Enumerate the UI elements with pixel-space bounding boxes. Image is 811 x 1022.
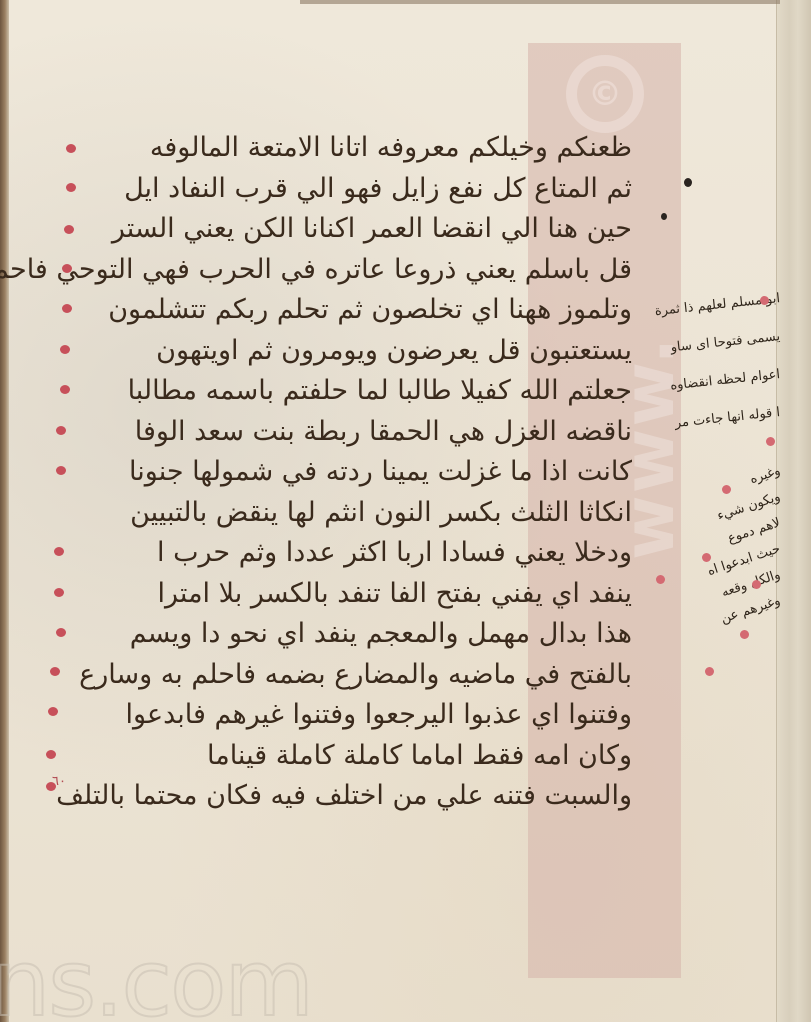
rubric-dot (722, 485, 731, 494)
text-line: ودخلا يعني فسادا اربا اكثر عددا وثم حرب … (52, 533, 632, 574)
text-line: وكان امه فقط اماما كاملة كاملة قيناما (52, 736, 632, 777)
marginal-notes: ابو مسلم لعلهم ذا ثمرة يسمى فتوحا اى ساو… (640, 290, 780, 610)
folio-marker: ٦٠ (52, 762, 66, 802)
text-line: انكاثا الثلث بكسر النون انثم لها ينقض با… (52, 493, 632, 534)
rubric-dot (54, 547, 64, 556)
margin-line: اعوام لحظه انقضاوه (640, 366, 781, 399)
text-line: حين هنا الي انقضا العمر اكنانا الكن يعني… (52, 209, 632, 250)
rubric-dot (56, 466, 66, 475)
rubric-dot (60, 345, 70, 354)
rubric-dot (705, 667, 714, 676)
rubric-dot (56, 628, 66, 637)
rubric-dot (752, 580, 761, 589)
rubric-dot (766, 437, 775, 446)
page-hole (684, 178, 692, 187)
main-text-block: ظعنكم وخيلكم معروفه اتانا الامتعة المالو… (52, 128, 632, 817)
rubric-dot (62, 304, 72, 313)
margin-line: ابو مسلم لعلهم ذا ثمرة (640, 290, 781, 323)
rubric-dot (56, 426, 66, 435)
text-line: بالفتح في ماضيه والمضارع بضمه فاحلم به و… (52, 655, 632, 696)
text-line: وفتنوا اي عذبوا اليرجعوا وفتنوا غيرهم فا… (52, 695, 632, 736)
rubric-dot (656, 575, 665, 584)
text-line: ظعنكم وخيلكم معروفه اتانا الامتعة المالو… (52, 128, 632, 169)
rubric-dot (64, 225, 74, 234)
text-line: قل باسلم يعني ذروعا عاتره في الحرب فهي ا… (52, 250, 632, 291)
right-page-stack-edge (776, 0, 811, 1022)
text-line: والسبت فتنه علي من اختلف فيه فكان محتما … (52, 776, 632, 817)
watermark-bottom-text: ns.com (0, 938, 312, 1022)
rubric-dot (62, 264, 72, 273)
left-binding-edge (0, 0, 9, 1022)
text-line: وتلموز ههنا اي تخلصون ثم تحلم ربكم تتشلم… (52, 290, 632, 331)
text-line: يستعتبون قل يعرضون ويومرون ثم اويتهون (52, 331, 632, 372)
copyright-icon: © (566, 55, 644, 133)
rubric-dot (46, 750, 56, 759)
rubric-dot (760, 296, 769, 305)
manuscript-page: © www. ns.com ظعنكم وخيلكم معروفه اتانا … (0, 0, 811, 1022)
rubric-dot (50, 667, 60, 676)
text-line: كانت اذا ما غزلت يمينا ردته في شمولها جن… (52, 452, 632, 493)
text-line: ثم المتاع كل نفع زايل فهو الي قرب النفاد… (52, 169, 632, 210)
rubric-dot (48, 707, 58, 716)
rubric-dot (66, 144, 76, 153)
rubric-dot (66, 183, 76, 192)
margin-line: يسمى فتوحا اى ساو (640, 328, 781, 361)
text-line: ناقضه الغزل هي الحمقا ربطة بنت سعد الوفا (52, 412, 632, 453)
page-hole (661, 213, 667, 220)
rubric-dot (54, 588, 64, 597)
text-line: هذا بدال مهمل والمعجم ينفد اي نحو دا ويس… (52, 614, 632, 655)
top-cover-edge (300, 0, 780, 4)
rubric-dot (60, 385, 70, 394)
rubric-dot (740, 630, 749, 639)
rubric-dot (702, 553, 711, 562)
text-line: جعلتم الله كفيلا طالبا لما حلفتم باسمه م… (52, 371, 632, 412)
text-line: ينفد اي يفني بفتح الفا تنفد بالكسر بلا ا… (52, 574, 632, 615)
